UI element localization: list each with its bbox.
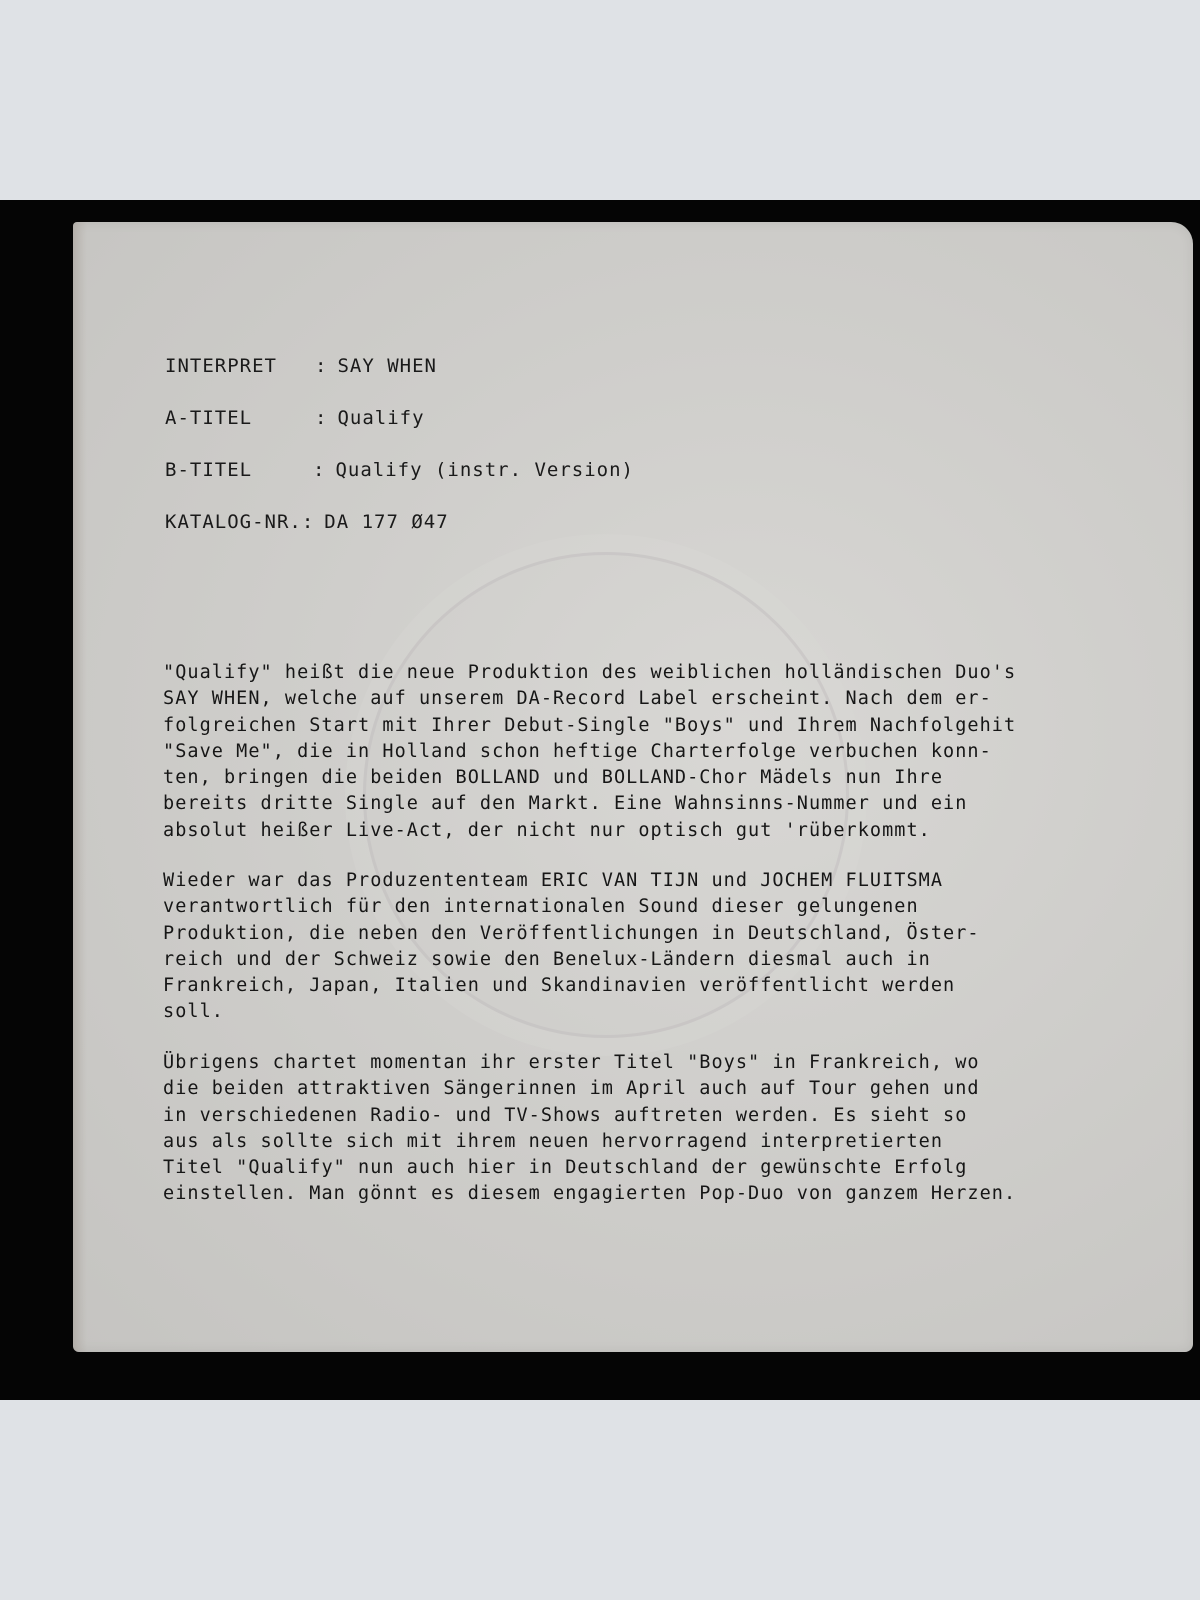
text-line: SAY WHEN, welche auf unserem DA-Record L… [163, 686, 1016, 712]
text-line: die beiden attraktiven Sängerinnen im Ap… [163, 1076, 1016, 1102]
metadata-separator: : [315, 407, 327, 429]
paragraph-release-intro: "Qualify" heißt die neue Produktion des … [163, 660, 1016, 844]
metadata-value-artist: SAY WHEN [337, 355, 437, 377]
text-line: verantwortlich für den internationalen S… [163, 894, 980, 920]
metadata-separator: : [302, 511, 314, 533]
text-line: Titel "Qualify" nun auch hier in Deutsch… [163, 1155, 1016, 1181]
metadata-row-b-side: B-TITEL:Qualify (instr. Version) [165, 444, 634, 496]
text-line: ten, bringen die beiden BOLLAND und BOLL… [163, 765, 1016, 791]
text-line: bereits dritte Single auf den Markt. Ein… [163, 791, 1016, 817]
metadata-value-a-title: Qualify [337, 407, 424, 429]
metadata-row-interpret: INTERPRET:SAY WHEN [165, 340, 634, 392]
text-line: in verschiedenen Radio- und TV-Shows auf… [163, 1103, 1016, 1129]
metadata-separator: : [313, 459, 325, 481]
paragraph-producers: Wieder war das Produzententeam ERIC VAN … [163, 868, 980, 1026]
metadata-label: A-TITEL [165, 407, 315, 429]
text-line: soll. [163, 999, 980, 1025]
text-line: "Qualify" heißt die neue Produktion des … [163, 660, 1016, 686]
metadata-separator: : [315, 355, 327, 377]
text-line: Wieder war das Produzententeam ERIC VAN … [163, 868, 980, 894]
text-line: aus als sollte sich mit ihrem neuen herv… [163, 1129, 1016, 1155]
text-line: folgreichen Start mit Ihrer Debut-Single… [163, 713, 1016, 739]
metadata-value-catalog-number: DA 177 Ø47 [324, 511, 448, 533]
metadata-label: INTERPRET [165, 355, 315, 377]
metadata-row-catalog: KATALOG-NR.:DA 177 Ø47 [165, 496, 634, 548]
metadata-label: B-TITEL [165, 459, 313, 481]
metadata-row-a-side: A-TITEL:Qualify [165, 392, 634, 444]
text-line: "Save Me", die in Holland schon heftige … [163, 739, 1016, 765]
text-line: Frankreich, Japan, Italien und Skandinav… [163, 973, 980, 999]
metadata-label: KATALOG-NR. [165, 511, 302, 533]
text-line: absolut heißer Live-Act, der nicht nur o… [163, 818, 1016, 844]
paragraph-france-tour: Übrigens chartet momentan ihr erster Tit… [163, 1050, 1016, 1208]
record-sleeve: INTERPRET:SAY WHEN A-TITEL:Qualify B-TIT… [73, 222, 1193, 1352]
text-line: einstellen. Man gönnt es diesem engagier… [163, 1181, 1016, 1207]
text-line: reich und der Schweiz sowie den Benelux-… [163, 947, 980, 973]
text-line: Übrigens chartet momentan ihr erster Tit… [163, 1050, 1016, 1076]
sleeve-edge-shadow [73, 222, 87, 1352]
text-line: Produktion, die neben den Veröffentlichu… [163, 921, 980, 947]
metadata-value-b-title: Qualify (instr. Version) [335, 459, 634, 481]
release-metadata: INTERPRET:SAY WHEN A-TITEL:Qualify B-TIT… [165, 340, 634, 548]
photo-background: INTERPRET:SAY WHEN A-TITEL:Qualify B-TIT… [0, 200, 1200, 1400]
